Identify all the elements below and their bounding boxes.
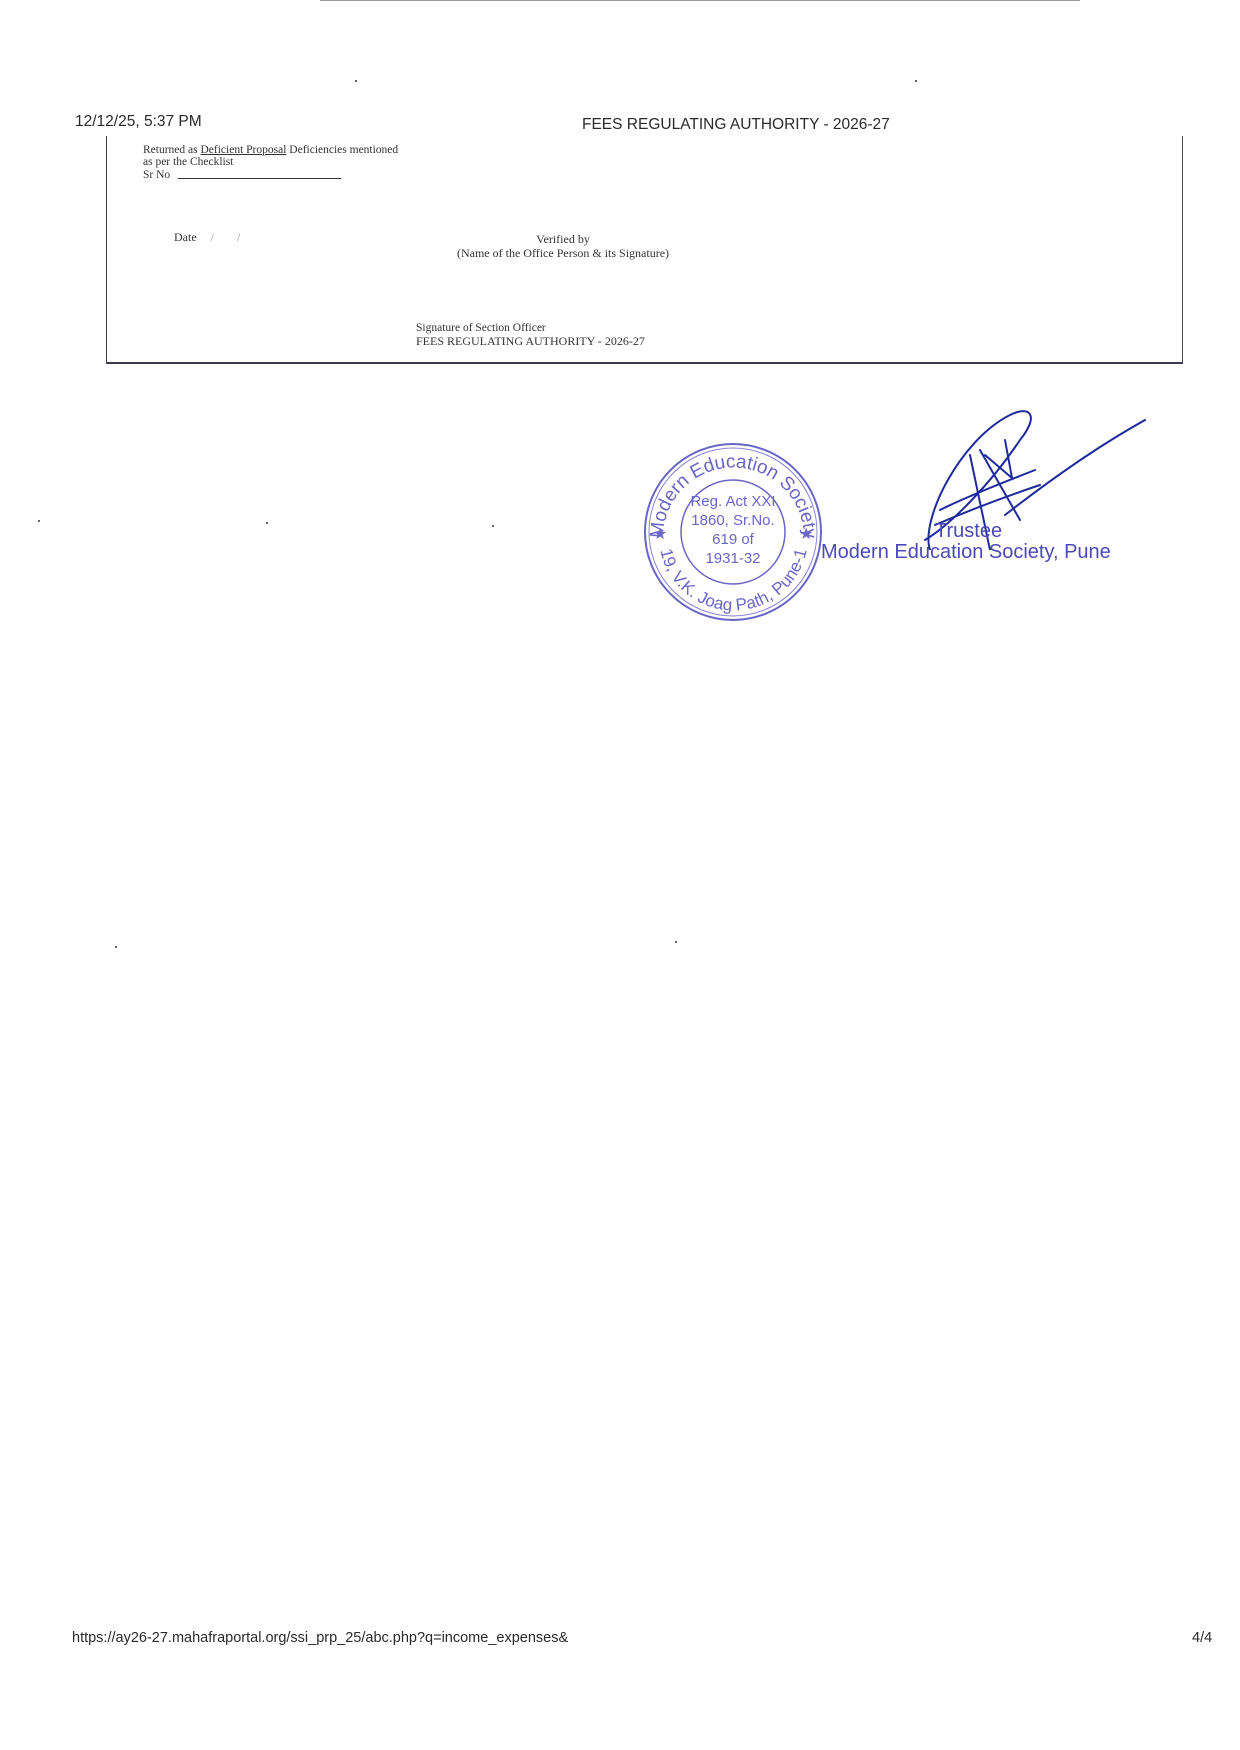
page-number: 4/4 [1192, 1630, 1212, 1646]
page-top-edge [320, 0, 1080, 1]
svg-text:Reg. Act XXI: Reg. Act XXI [690, 493, 775, 510]
signatory-role: Trustee [935, 520, 1002, 543]
sr-no-label: Sr No [143, 169, 170, 181]
scan-speck [38, 520, 40, 522]
sr-no-field: Sr No [143, 169, 341, 182]
returned-suffix: Deficiencies mentioned [286, 144, 398, 156]
date-value: / / [211, 230, 251, 244]
signatory-organization: Modern Education Society, Pune [821, 541, 1111, 564]
date-field: Date/ / [174, 231, 250, 244]
verified-by-note: (Name of the Office Person & its Signatu… [413, 247, 713, 260]
returned-statement-line2: as per the Checklist [143, 156, 233, 169]
scan-speck [915, 80, 917, 82]
scan-speck [266, 522, 268, 524]
footer-url: https://ay26-27.mahafraportal.org/ssi_pr… [72, 1630, 568, 1646]
star-icon: ★ [653, 526, 667, 543]
sr-no-blank [178, 178, 341, 179]
date-label: Date [174, 230, 197, 244]
svg-text:1860, Sr.No.: 1860, Sr.No. [691, 512, 774, 529]
deficient-proposal-link: Deficient Proposal [200, 144, 286, 156]
svg-text:619 of: 619 of [712, 531, 755, 548]
page-header-title: FEES REGULATING AUTHORITY - 2026-27 [582, 116, 890, 134]
verified-by-label: Verified by [413, 233, 713, 246]
section-officer-authority: FEES REGULATING AUTHORITY - 2026-27 [416, 335, 645, 348]
star-icon: ★ [799, 526, 813, 543]
svg-text:1931-32: 1931-32 [705, 550, 760, 567]
society-seal-stamp: Modern Education Society 19, V.K. Joag P… [641, 440, 826, 625]
print-datetime: 12/12/25, 5:37 PM [75, 113, 202, 131]
stamp-inner-text: Reg. Act XXI1860, Sr.No.619 of1931-32 [690, 493, 775, 567]
scan-speck [492, 525, 494, 527]
returned-prefix: Returned as [143, 144, 200, 156]
scan-speck [115, 946, 117, 948]
scan-speck [675, 941, 677, 943]
scan-speck [355, 80, 357, 82]
